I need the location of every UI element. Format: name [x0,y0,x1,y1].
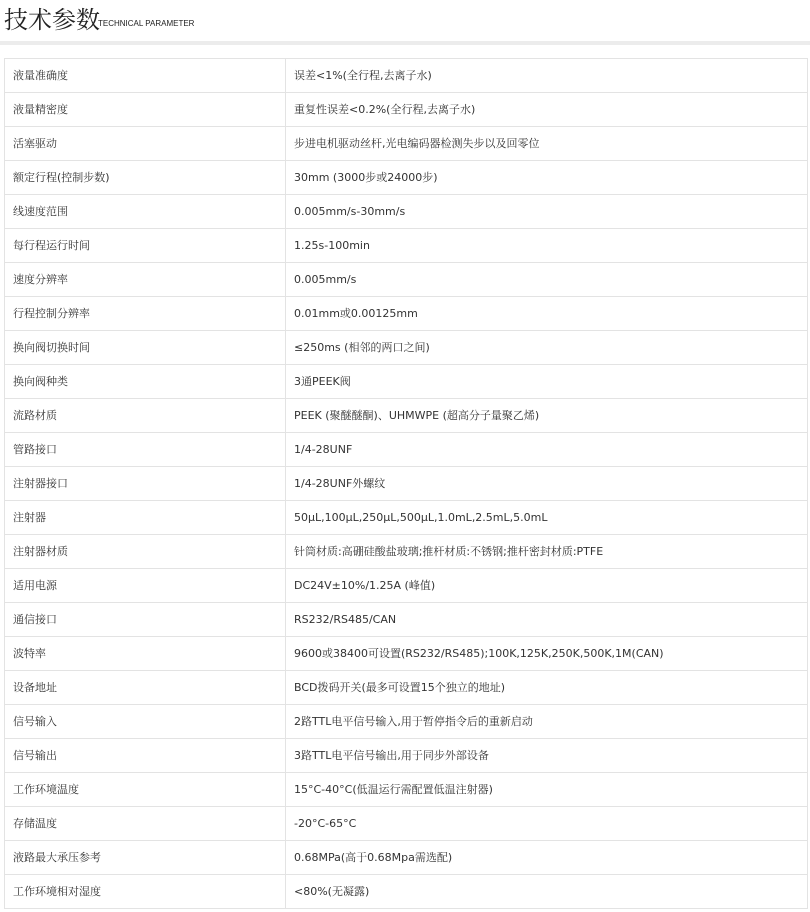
table-row: 适用电源 DC24V±10%/1.25A (峰值) [5,569,808,603]
param-value: 9600或38400可设置(RS232/RS485);100K,125K,250… [286,637,808,671]
param-value: PEEK (聚醚醚酮)、UHMWPE (超高分子量聚乙烯) [286,399,808,433]
param-value: 0.01mm或0.00125mm [286,297,808,331]
param-name: 线速度范围 [5,195,286,229]
param-name: 工作环境相对湿度 [5,875,286,909]
table-row: 存储温度 -20°C-65°C [5,807,808,841]
param-value: 3通PEEK阀 [286,365,808,399]
page-title: 技术参数 [4,4,100,36]
param-value: 1/4-28UNF [286,433,808,467]
table-row: 液路最大承压参考 0.68MPa(高于0.68Mpa需选配) [5,841,808,875]
param-name: 活塞驱动 [5,127,286,161]
param-value: 0.68MPa(高于0.68Mpa需选配) [286,841,808,875]
param-name: 适用电源 [5,569,286,603]
header-divider [0,41,810,45]
section-header: 技术参数 TECHNICAL PARAMETER [0,0,810,42]
table-row: 行程控制分辨率 0.01mm或0.00125mm [5,297,808,331]
table-row: 活塞驱动 步进电机驱动丝杆,光电编码器检测失步以及回零位 [5,127,808,161]
param-value: 2路TTL电平信号输入,用于暂停指令后的重新启动 [286,705,808,739]
param-name: 流路材质 [5,399,286,433]
param-value: 3路TTL电平信号输出,用于同步外部设备 [286,739,808,773]
param-value: 步进电机驱动丝杆,光电编码器检测失步以及回零位 [286,127,808,161]
param-name: 速度分辨率 [5,263,286,297]
param-value: 1/4-28UNF外螺纹 [286,467,808,501]
table-row: 波特率 9600或38400可设置(RS232/RS485);100K,125K… [5,637,808,671]
param-name: 液量精密度 [5,93,286,127]
param-name: 液量准确度 [5,59,286,93]
param-name: 注射器接口 [5,467,286,501]
param-name: 信号输出 [5,739,286,773]
param-name: 行程控制分辨率 [5,297,286,331]
param-name: 设备地址 [5,671,286,705]
param-value: RS232/RS485/CAN [286,603,808,637]
table-row: 信号输入 2路TTL电平信号输入,用于暂停指令后的重新启动 [5,705,808,739]
table-row: 工作环境温度 15°C-40°C(低温运行需配置低温注射器) [5,773,808,807]
table-row: 每行程运行时间 1.25s-100min [5,229,808,263]
param-value: 50μL,100μL,250μL,500μL,1.0mL,2.5mL,5.0mL [286,501,808,535]
param-value: 重复性误差<0.2%(全行程,去离子水) [286,93,808,127]
param-name: 存储温度 [5,807,286,841]
table-row: 信号输出 3路TTL电平信号输出,用于同步外部设备 [5,739,808,773]
param-value: -20°C-65°C [286,807,808,841]
table-row: 液量精密度 重复性误差<0.2%(全行程,去离子水) [5,93,808,127]
param-name: 工作环境温度 [5,773,286,807]
param-name: 换向阀种类 [5,365,286,399]
param-name: 换向阀切换时间 [5,331,286,365]
param-value: <80%(无凝露) [286,875,808,909]
param-value: 30mm (3000步或24000步) [286,161,808,195]
table-row: 注射器接口 1/4-28UNF外螺纹 [5,467,808,501]
table-row: 注射器 50μL,100μL,250μL,500μL,1.0mL,2.5mL,5… [5,501,808,535]
param-value: 针筒材质:高硼硅酸盐玻璃;推杆材质:不锈钢;推杆密封材质:PTFE [286,535,808,569]
param-name: 管路接口 [5,433,286,467]
table-row: 设备地址 BCD拨码开关(最多可设置15个独立的地址) [5,671,808,705]
param-value: BCD拨码开关(最多可设置15个独立的地址) [286,671,808,705]
table-row: 流路材质 PEEK (聚醚醚酮)、UHMWPE (超高分子量聚乙烯) [5,399,808,433]
table-row: 额定行程(控制步数) 30mm (3000步或24000步) [5,161,808,195]
table-row: 速度分辨率 0.005mm/s [5,263,808,297]
param-name: 每行程运行时间 [5,229,286,263]
param-name: 液路最大承压参考 [5,841,286,875]
param-name: 注射器 [5,501,286,535]
param-value: 1.25s-100min [286,229,808,263]
table-row: 注射器材质 针筒材质:高硼硅酸盐玻璃;推杆材质:不锈钢;推杆密封材质:PTFE [5,535,808,569]
table-row: 管路接口 1/4-28UNF [5,433,808,467]
param-value: 0.005mm/s [286,263,808,297]
spec-table: 液量准确度 误差<1%(全行程,去离子水) 液量精密度 重复性误差<0.2%(全… [4,58,808,909]
param-name: 注射器材质 [5,535,286,569]
table-row: 线速度范围 0.005mm/s-30mm/s [5,195,808,229]
param-value: ≤250ms (相邻的两口之间) [286,331,808,365]
table-row: 液量准确度 误差<1%(全行程,去离子水) [5,59,808,93]
table-row: 换向阀种类 3通PEEK阀 [5,365,808,399]
param-name: 通信接口 [5,603,286,637]
param-value: 0.005mm/s-30mm/s [286,195,808,229]
param-value: 15°C-40°C(低温运行需配置低温注射器) [286,773,808,807]
page-subtitle: TECHNICAL PARAMETER [98,18,194,30]
table-row: 换向阀切换时间 ≤250ms (相邻的两口之间) [5,331,808,365]
param-value: 误差<1%(全行程,去离子水) [286,59,808,93]
param-name: 波特率 [5,637,286,671]
param-name: 信号输入 [5,705,286,739]
param-name: 额定行程(控制步数) [5,161,286,195]
table-row: 工作环境相对湿度 <80%(无凝露) [5,875,808,909]
table-row: 通信接口 RS232/RS485/CAN [5,603,808,637]
param-value: DC24V±10%/1.25A (峰值) [286,569,808,603]
